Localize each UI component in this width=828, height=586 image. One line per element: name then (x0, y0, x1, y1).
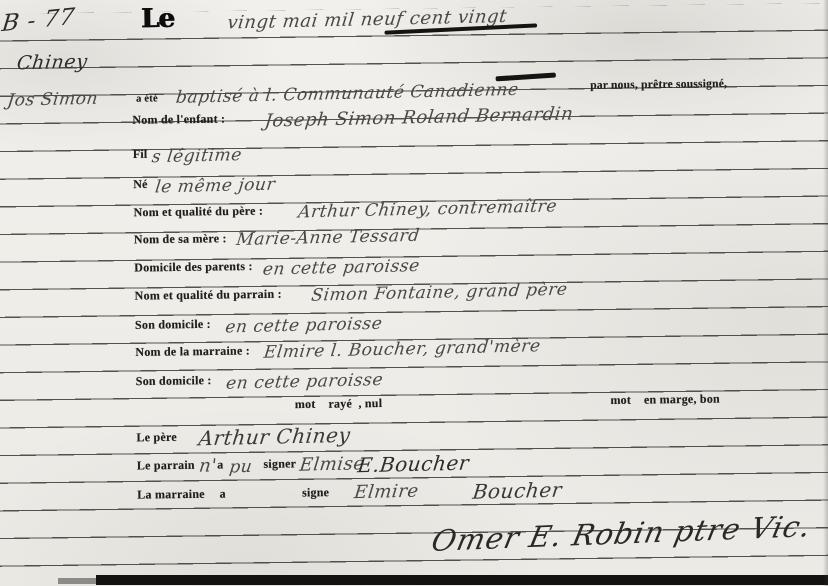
field-value: en cette paroisse (262, 256, 421, 280)
note-mot-en-marge: mot en marge, bon (610, 392, 720, 409)
margin-entry-number: B - 77 (0, 4, 76, 37)
godfather-printed-a: a (217, 457, 223, 472)
field-value: le même jour (154, 175, 276, 198)
field-label: Son domicile : (136, 373, 212, 389)
field-label: Nom de sa mère : (134, 231, 227, 247)
field-label: Nom de l'enfant : (132, 112, 225, 128)
godfather-written-name: Elmise (298, 453, 365, 476)
baptism-handwritten: baptisé à l. Communauté Canadienne (175, 80, 520, 108)
margin-surname: Chiney (16, 51, 89, 75)
field-label: Nom et qualité du père : (133, 204, 263, 221)
field-value: en cette paroisse (224, 314, 383, 338)
scan-artifact (58, 578, 96, 584)
printed-officiant: par nous, prêtre soussigné, (590, 78, 727, 92)
godfather-signature: E.Boucher (356, 450, 470, 477)
printed-a-ete: a été (136, 93, 158, 104)
godfather-note-1: n' (198, 455, 218, 477)
field-label: Son domicile : (135, 317, 211, 333)
scan-edge-right (823, 0, 828, 586)
godfather-label: Le parrain (137, 458, 195, 474)
field-value: Marie-Anne Tessard (235, 226, 421, 250)
godmother-label: La marraine (137, 487, 205, 503)
father-label: Le père (136, 430, 177, 446)
printed-le: Le (141, 4, 174, 35)
note-mot-raye: mot rayé , nul (295, 396, 383, 412)
godfather-note-2: pu (228, 457, 253, 478)
godfather-printed-signer: signer (263, 456, 296, 472)
priest-signature: Omer E. Robin ptre Vic. (429, 509, 815, 558)
register-content: B - 77 Le vingt mai mil neuf cent vingt … (0, 0, 828, 586)
field-value: en cette paroisse (225, 370, 384, 394)
field-label: Nom et qualité du parrain : (135, 287, 282, 304)
father-signature: Arthur Chiney (197, 423, 352, 451)
godmother-printed-a: a (220, 486, 226, 501)
field-label: Domicile des parents : (134, 259, 253, 276)
field-label: Nom de la marraine : (135, 343, 250, 360)
godmother-printed-signe: signe (302, 485, 329, 500)
godmother-signature: Boucher (471, 478, 563, 504)
baptism-register-scan: B - 77 Le vingt mai mil neuf cent vingt … (0, 0, 828, 586)
scan-edge-bar (96, 575, 828, 585)
field-label: Fil (133, 147, 148, 162)
godmother-written-name: Elmire (353, 481, 420, 504)
field-label: Né (133, 177, 148, 192)
margin-given-names: Jos Simon (6, 89, 99, 111)
field-value: s légitime (151, 145, 243, 167)
